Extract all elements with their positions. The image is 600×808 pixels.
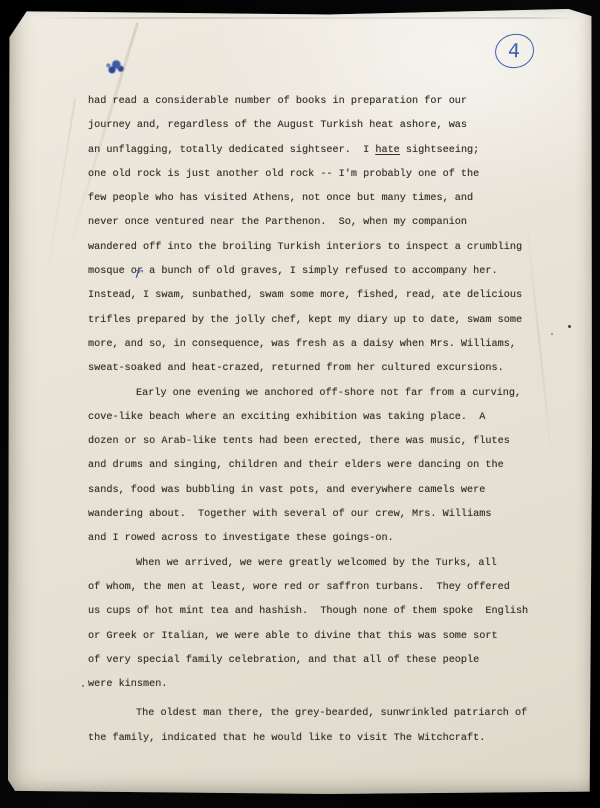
text-line: trifles prepared by the jolly chef, kept…: [88, 315, 558, 339]
paper-crease: [44, 99, 76, 287]
text-line: us cups of hot mint tea and hashish. Tho…: [88, 606, 558, 630]
text-line: wandered off into the broiling Turkish i…: [88, 242, 558, 266]
text-line: an unflagging, totally dedicated sightse…: [88, 145, 558, 169]
text-line: Early one evening we anchored off-shore …: [88, 388, 558, 412]
text-line: never once ventured near the Parthenon. …: [88, 217, 558, 241]
paper-speck: [551, 333, 553, 335]
text-line: wandering about. Together with several o…: [88, 509, 558, 533]
ink-scribble-mark: [102, 56, 127, 78]
text-line: journey and, regardless of the August Tu…: [88, 120, 558, 144]
page-number: 4: [508, 41, 521, 60]
text-line: cove-like beach where an exciting exhibi…: [88, 412, 558, 436]
text-line: When we arrived, we were greatly welcome…: [88, 558, 558, 582]
text-line: of very special family celebration, and …: [88, 655, 558, 679]
paper-speck: [82, 685, 84, 687]
document-page: 4 had read a considerable number of book…: [8, 9, 592, 794]
text-line: mosque or a bunch of old graves, I simpl…: [88, 266, 558, 290]
paper-speck: [568, 325, 571, 328]
page-number-circle: 4: [493, 32, 535, 70]
text-line: dozen or so Arab-like tents had been ere…: [88, 436, 558, 460]
text-line: more, and so, in consequence, was fresh …: [88, 339, 558, 363]
text-line: Instead, I swam, sunbathed, swam some mo…: [88, 290, 558, 314]
typed-text-block: had read a considerable number of books …: [88, 96, 558, 757]
text-line: the family, indicated that he would like…: [88, 733, 558, 757]
text-line: or Greek or Italian, we were able to div…: [88, 631, 558, 655]
text-line: one old rock is just another old rock --…: [88, 169, 558, 193]
text-line: sands, food was bubbling in vast pots, a…: [88, 485, 558, 509]
text-line: The oldest man there, the grey-bearded, …: [88, 708, 558, 732]
paper-crease: [38, 17, 578, 19]
text-line: sweat-soaked and heat-crazed, returned f…: [88, 363, 558, 387]
text-line: of whom, the men at least, wore red or s…: [88, 582, 558, 606]
text-line: were kinsmen.: [88, 679, 558, 703]
text-line: few people who has visited Athens, not o…: [88, 193, 558, 217]
text-line: had read a considerable number of books …: [88, 96, 558, 120]
text-line: and drums and singing, children and thei…: [88, 460, 558, 484]
text-line: and I rowed across to investigate these …: [88, 533, 558, 557]
